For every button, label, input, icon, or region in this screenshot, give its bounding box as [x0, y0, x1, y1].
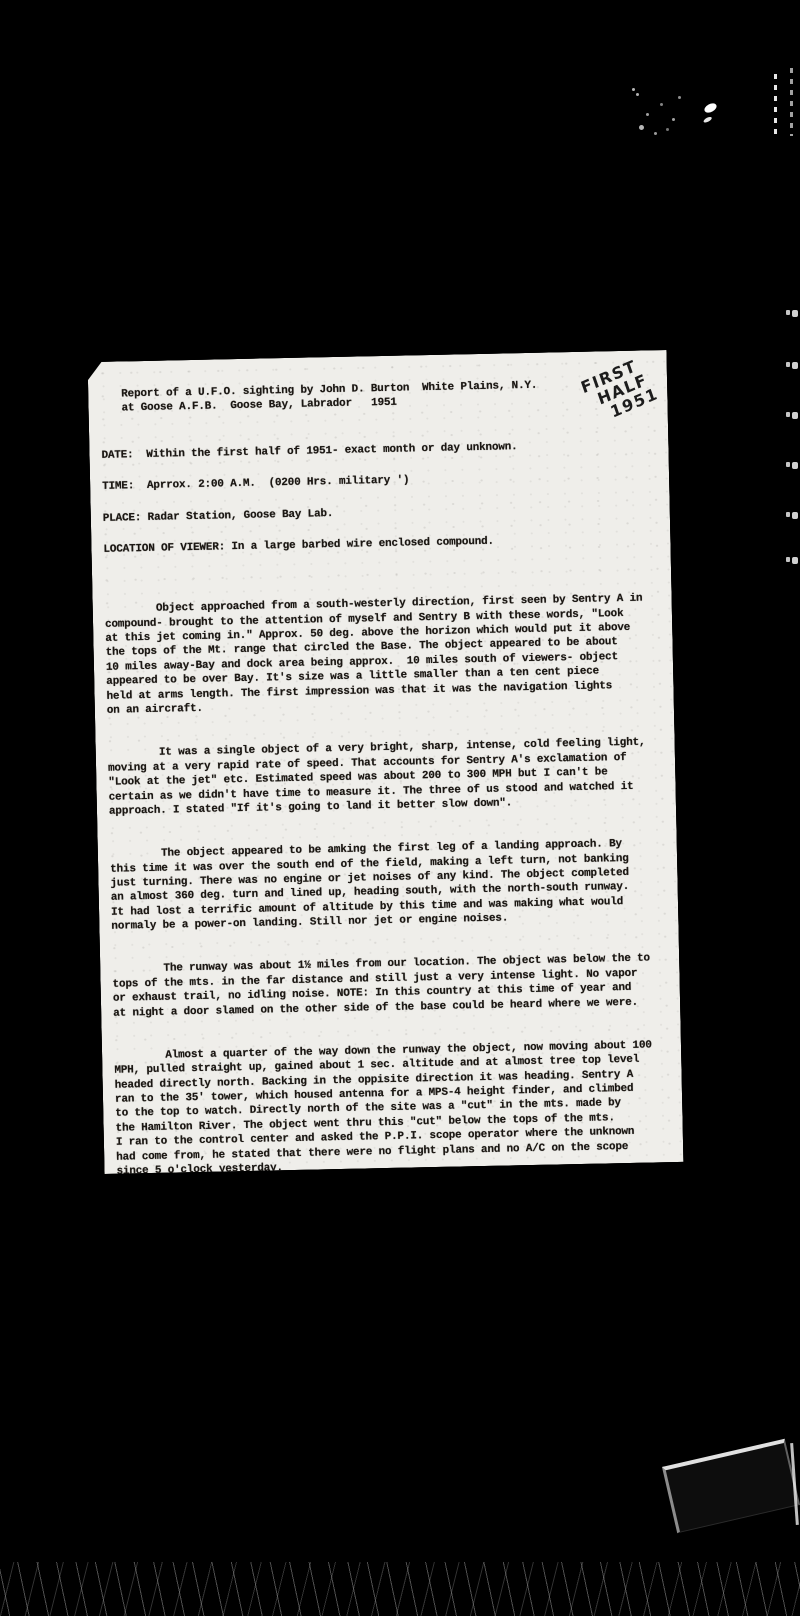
signature-script: John D. Burton — [466, 1329, 631, 1368]
film-edge-mark — [786, 512, 790, 517]
film-edge-mark — [786, 557, 790, 562]
film-scratch-dashes-left — [774, 74, 777, 136]
place-field: PLACE: Radar Station, Goose Bay Lab. — [103, 500, 666, 526]
film-edge-mark — [786, 462, 790, 467]
film-edge-mark — [786, 362, 790, 367]
signature-typed: John D. Burton — [479, 1367, 684, 1386]
paragraph: Sentry A in the report can't be located,… — [119, 1268, 682, 1309]
report-header: Report of a U.F.O. sighting by John D. B… — [121, 376, 663, 416]
film-speckle-cluster — [632, 88, 635, 91]
document-page: FIRST HALF 1951 Report of a U.F.O. sight… — [88, 350, 684, 1174]
paragraph: No other type of radar was on the air at… — [117, 1196, 681, 1251]
paragraph: Almost a quarter of the way down the run… — [114, 1038, 680, 1179]
film-edge-mark — [786, 412, 790, 417]
paragraph: The runway was about 1½ miles from our l… — [112, 951, 676, 1020]
date-field: DATE: Within the first half of 1951- exa… — [101, 437, 664, 463]
time-field: TIME: Aprrox. 2:00 A.M. (0200 Hrs. milit… — [102, 468, 665, 494]
paragraph: It was a single object of a very bright,… — [108, 735, 672, 819]
location-field: LOCATION OF VIEWER: In a large barbed wi… — [103, 531, 666, 557]
paragraph: The object appeared to be amking the fir… — [110, 836, 675, 934]
film-noise-band — [0, 1562, 800, 1616]
report-body: Object approached from a south-westerly … — [104, 563, 683, 1338]
film-edge-mark — [786, 310, 790, 315]
signature-block: John D. Burton John D. Burton — [466, 1334, 684, 1386]
film-scratch-dashes-right — [790, 68, 793, 136]
film-bright-blob — [703, 101, 718, 114]
film-frame-box — [662, 1439, 800, 1534]
paragraph: Object approached from a south-westerly … — [105, 591, 670, 718]
